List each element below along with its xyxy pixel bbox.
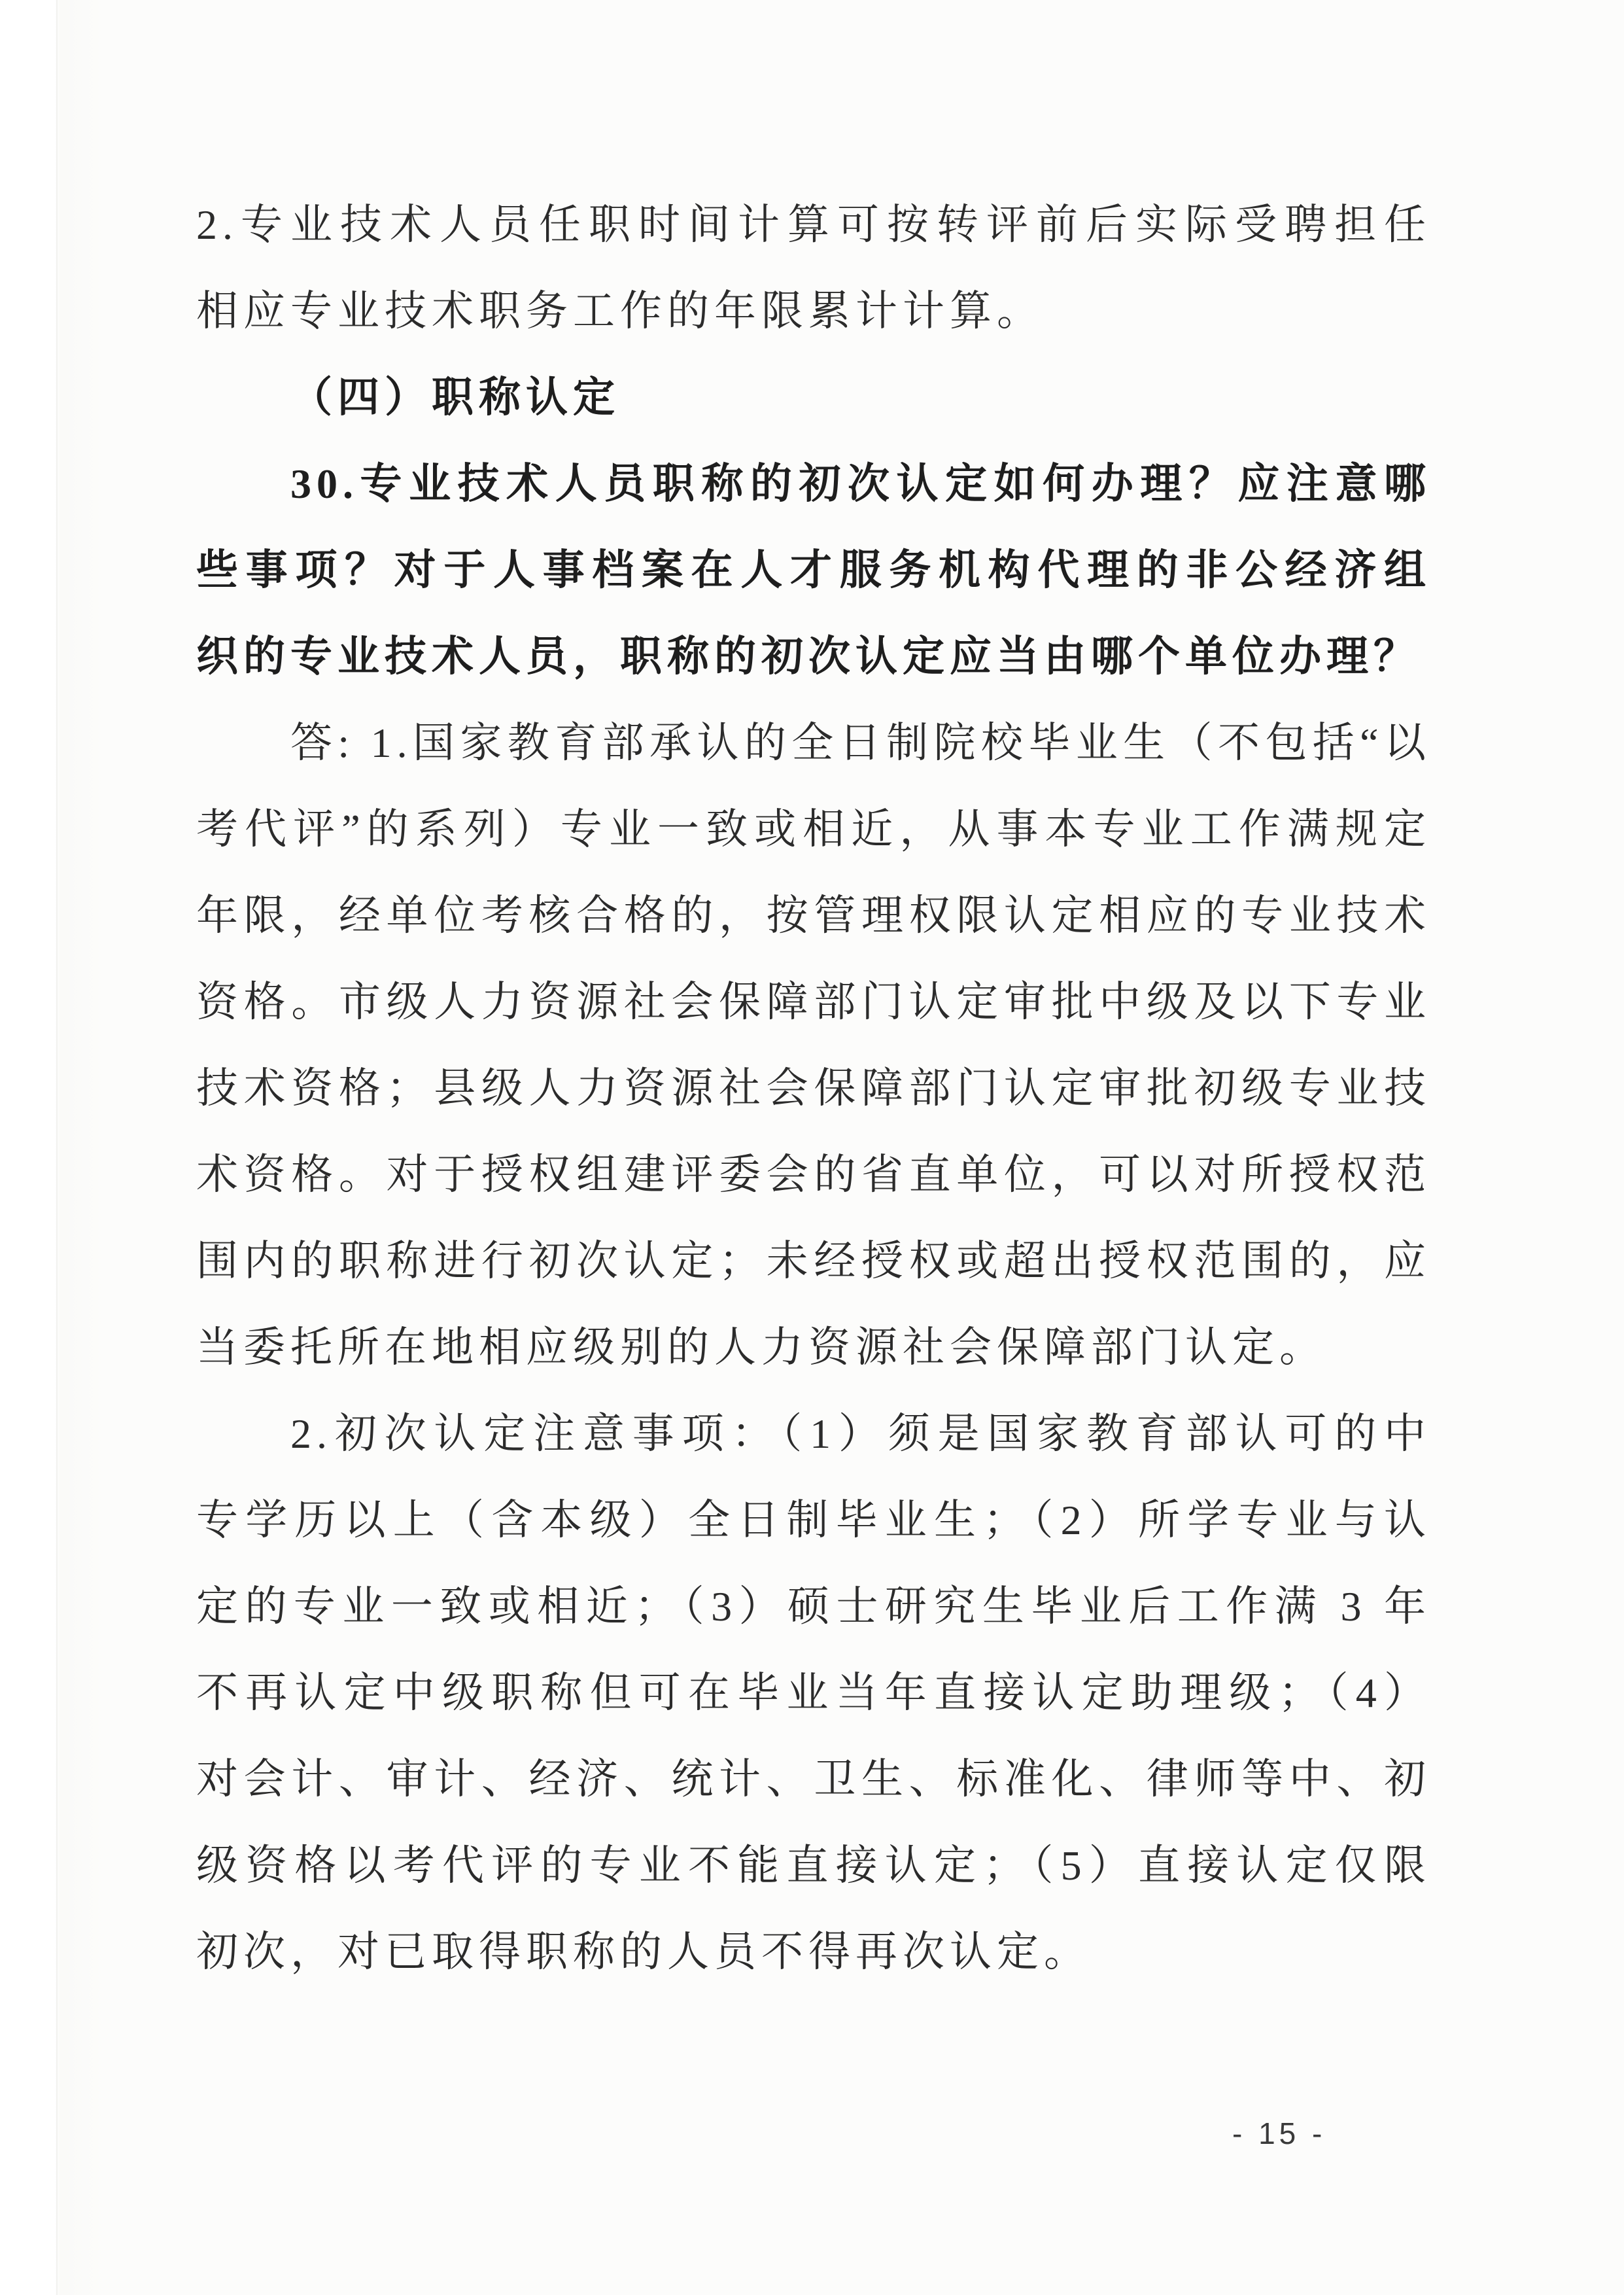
text-line: 2.初次认定注意事项：（1）须是国家教育部认可的中 — [196, 1391, 1431, 1477]
text-line: 对会计、审计、经济、统计、卫生、标准化、律师等中、初 — [196, 1736, 1431, 1823]
text-line: 定的专业一致或相近；（3）硕士研究生毕业后工作满 3 年 — [196, 1564, 1431, 1650]
answer-paragraph-1: 答: 1.国家教育部承认的全日制院校毕业生（不包括“以考代评”的系列）专业一致或… — [196, 700, 1431, 1391]
text-line: 些事项？对于人事档案在人才服务机构代理的非公经济组 — [196, 527, 1431, 614]
text-line: 资格。市级人力资源社会保障部门认定审批中级及以下专业 — [196, 959, 1431, 1045]
text-line: 2.专业技术人员任职时间计算可按转评前后实际受聘担任 — [196, 182, 1431, 268]
text-line: （四）职称认定 — [196, 355, 1431, 441]
text-line: 考代评”的系列）专业一致或相近，从事本专业工作满规定 — [196, 786, 1431, 873]
text-line: 不再认定中级职称但可在毕业当年直接认定助理级；（4） — [196, 1650, 1431, 1736]
text-line: 技术资格；县级人力资源社会保障部门认定审批初级专业技 — [196, 1045, 1431, 1132]
text-line: 术资格。对于授权组建评委会的省直单位，可以对所授权范 — [196, 1132, 1431, 1218]
text-line: 级资格以考代评的专业不能直接认定；（5）直接认定仅限 — [196, 1823, 1431, 1909]
text-line: 围内的职称进行初次认定；未经授权或超出授权范围的，应 — [196, 1218, 1431, 1305]
text-line: 30.专业技术人员职称的初次认定如何办理？应注意哪 — [196, 441, 1431, 527]
document-body: 2.专业技术人员任职时间计算可按转评前后实际受聘担任相应专业技术职务工作的年限累… — [0, 0, 1624, 1995]
document-page: 2.专业技术人员任职时间计算可按转评前后实际受聘担任相应专业技术职务工作的年限累… — [0, 0, 1624, 2295]
text-line: 相应专业技术职务工作的年限累计计算。 — [196, 268, 1431, 355]
text-line: 答: 1.国家教育部承认的全日制院校毕业生（不包括“以 — [196, 700, 1431, 786]
paragraph-continuation-item-2: 2.专业技术人员任职时间计算可按转评前后实际受聘担任相应专业技术职务工作的年限累… — [196, 182, 1431, 355]
answer-paragraph-2: 2.初次认定注意事项：（1）须是国家教育部认可的中专学历以上（含本级）全日制毕业… — [196, 1391, 1431, 1995]
text-line: 初次，对已取得职称的人员不得再次认定。 — [196, 1909, 1431, 1995]
text-line: 年限，经单位考核合格的，按管理权限认定相应的专业技术 — [196, 873, 1431, 959]
text-line: 当委托所在地相应级别的人力资源社会保障部门认定。 — [196, 1305, 1431, 1391]
page-number: - 15 - — [1232, 2116, 1326, 2151]
question-30: 30.专业技术人员职称的初次认定如何办理？应注意哪些事项？对于人事档案在人才服务… — [196, 441, 1431, 700]
text-line: 专学历以上（含本级）全日制毕业生；（2）所学专业与认 — [196, 1477, 1431, 1564]
text-line: 织的专业技术人员，职称的初次认定应当由哪个单位办理？ — [196, 614, 1431, 700]
section-heading-4-title-recognition: （四）职称认定 — [196, 355, 1431, 441]
